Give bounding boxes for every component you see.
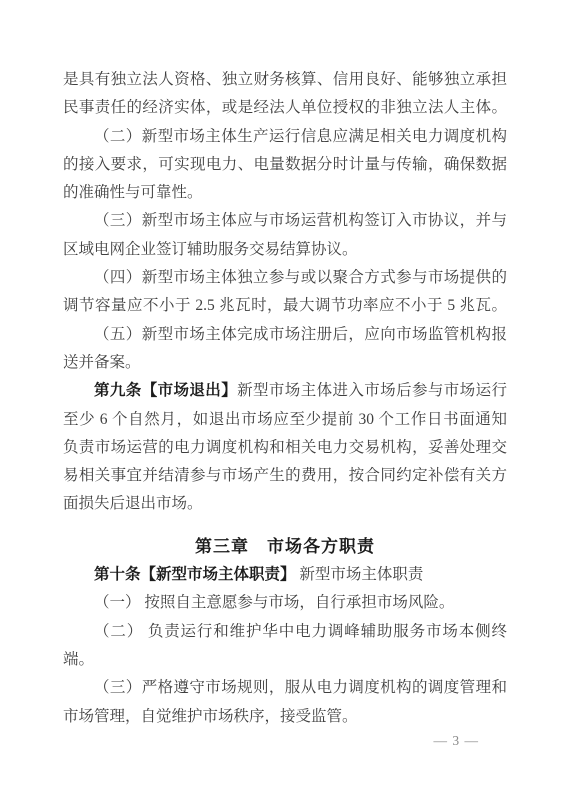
text-line: （二）新型市场主体生产运行信息应满足相关电力调度机构 — [63, 123, 507, 151]
text-line: 送并备案。 — [63, 349, 507, 377]
text-line: （二） 负责运行和维护华中电力调峰辅助服务市场本侧终 — [63, 618, 507, 646]
text-line-article-9: 第九条【市场退出】新型市场主体进入市场后参与市场运行 — [63, 377, 507, 405]
text-line: 区域电网企业签订辅助服务交易结算协议。 — [63, 236, 507, 264]
text-line: （五）新型市场主体完成市场注册后，应向市场监管机构报 — [63, 321, 507, 349]
page-number: — 3 — — [434, 731, 480, 751]
text-line: 至少 6 个自然月，如退出市场应至少提前 30 个工作日书面通知 — [63, 406, 507, 434]
text-line: （三）新型市场主体应与市场运营机构签订入市协议，并与 — [63, 207, 507, 235]
text-line: 面损失后退出市场。 — [63, 490, 507, 518]
text-line: 负责市场运营的电力调度机构和相关电力交易机构，妥善处理交 — [63, 434, 507, 462]
text-line: 市场管理，自觉维护市场秩序，接受监管。 — [63, 703, 507, 731]
article-10-text: 新型市场主体职责 — [296, 566, 424, 583]
text-line: 的准确性与可靠性。 — [63, 179, 507, 207]
text-line: 是具有独立法人资格、独立财务核算、信用良好、能够独立承担 — [63, 66, 507, 94]
document-page: 是具有独立法人资格、独立财务核算、信用良好、能够独立承担 民事责任的经济实体，或… — [0, 0, 565, 800]
document-body: 是具有独立法人资格、独立财务核算、信用良好、能够独立承担 民事责任的经济实体，或… — [63, 66, 507, 731]
article-10-title: 第十条【新型市场主体职责】 — [94, 566, 296, 583]
text-line-article-10: 第十条【新型市场主体职责】 新型市场主体职责 — [63, 561, 507, 589]
article-9-text: 新型市场主体进入市场后参与市场运行 — [237, 382, 507, 399]
text-line: （一） 按照自主意愿参与市场，自行承担市场风险。 — [63, 589, 507, 617]
text-line: 调节容量应不小于 2.5 兆瓦时，最大调节功率应不小于 5 兆瓦。 — [63, 292, 507, 320]
article-9-title: 第九条【市场退出】 — [94, 382, 237, 399]
text-line: 的接入要求，可实现电力、电量数据分时计量与传输，确保数据 — [63, 151, 507, 179]
text-line: 端。 — [63, 646, 507, 674]
text-line: 易相关事宜并结清参与市场产生的费用，按合同约定补偿有关方 — [63, 462, 507, 490]
text-line: （三）严格遵守市场规则，服从电力调度机构的调度管理和 — [63, 674, 507, 702]
text-line: 民事责任的经济实体，或是经法人单位授权的非独立法人主体。 — [63, 94, 507, 122]
chapter-heading: 第三章 市场各方职责 — [63, 533, 507, 561]
text-line: （四）新型市场主体独立参与或以聚合方式参与市场提供的 — [63, 264, 507, 292]
